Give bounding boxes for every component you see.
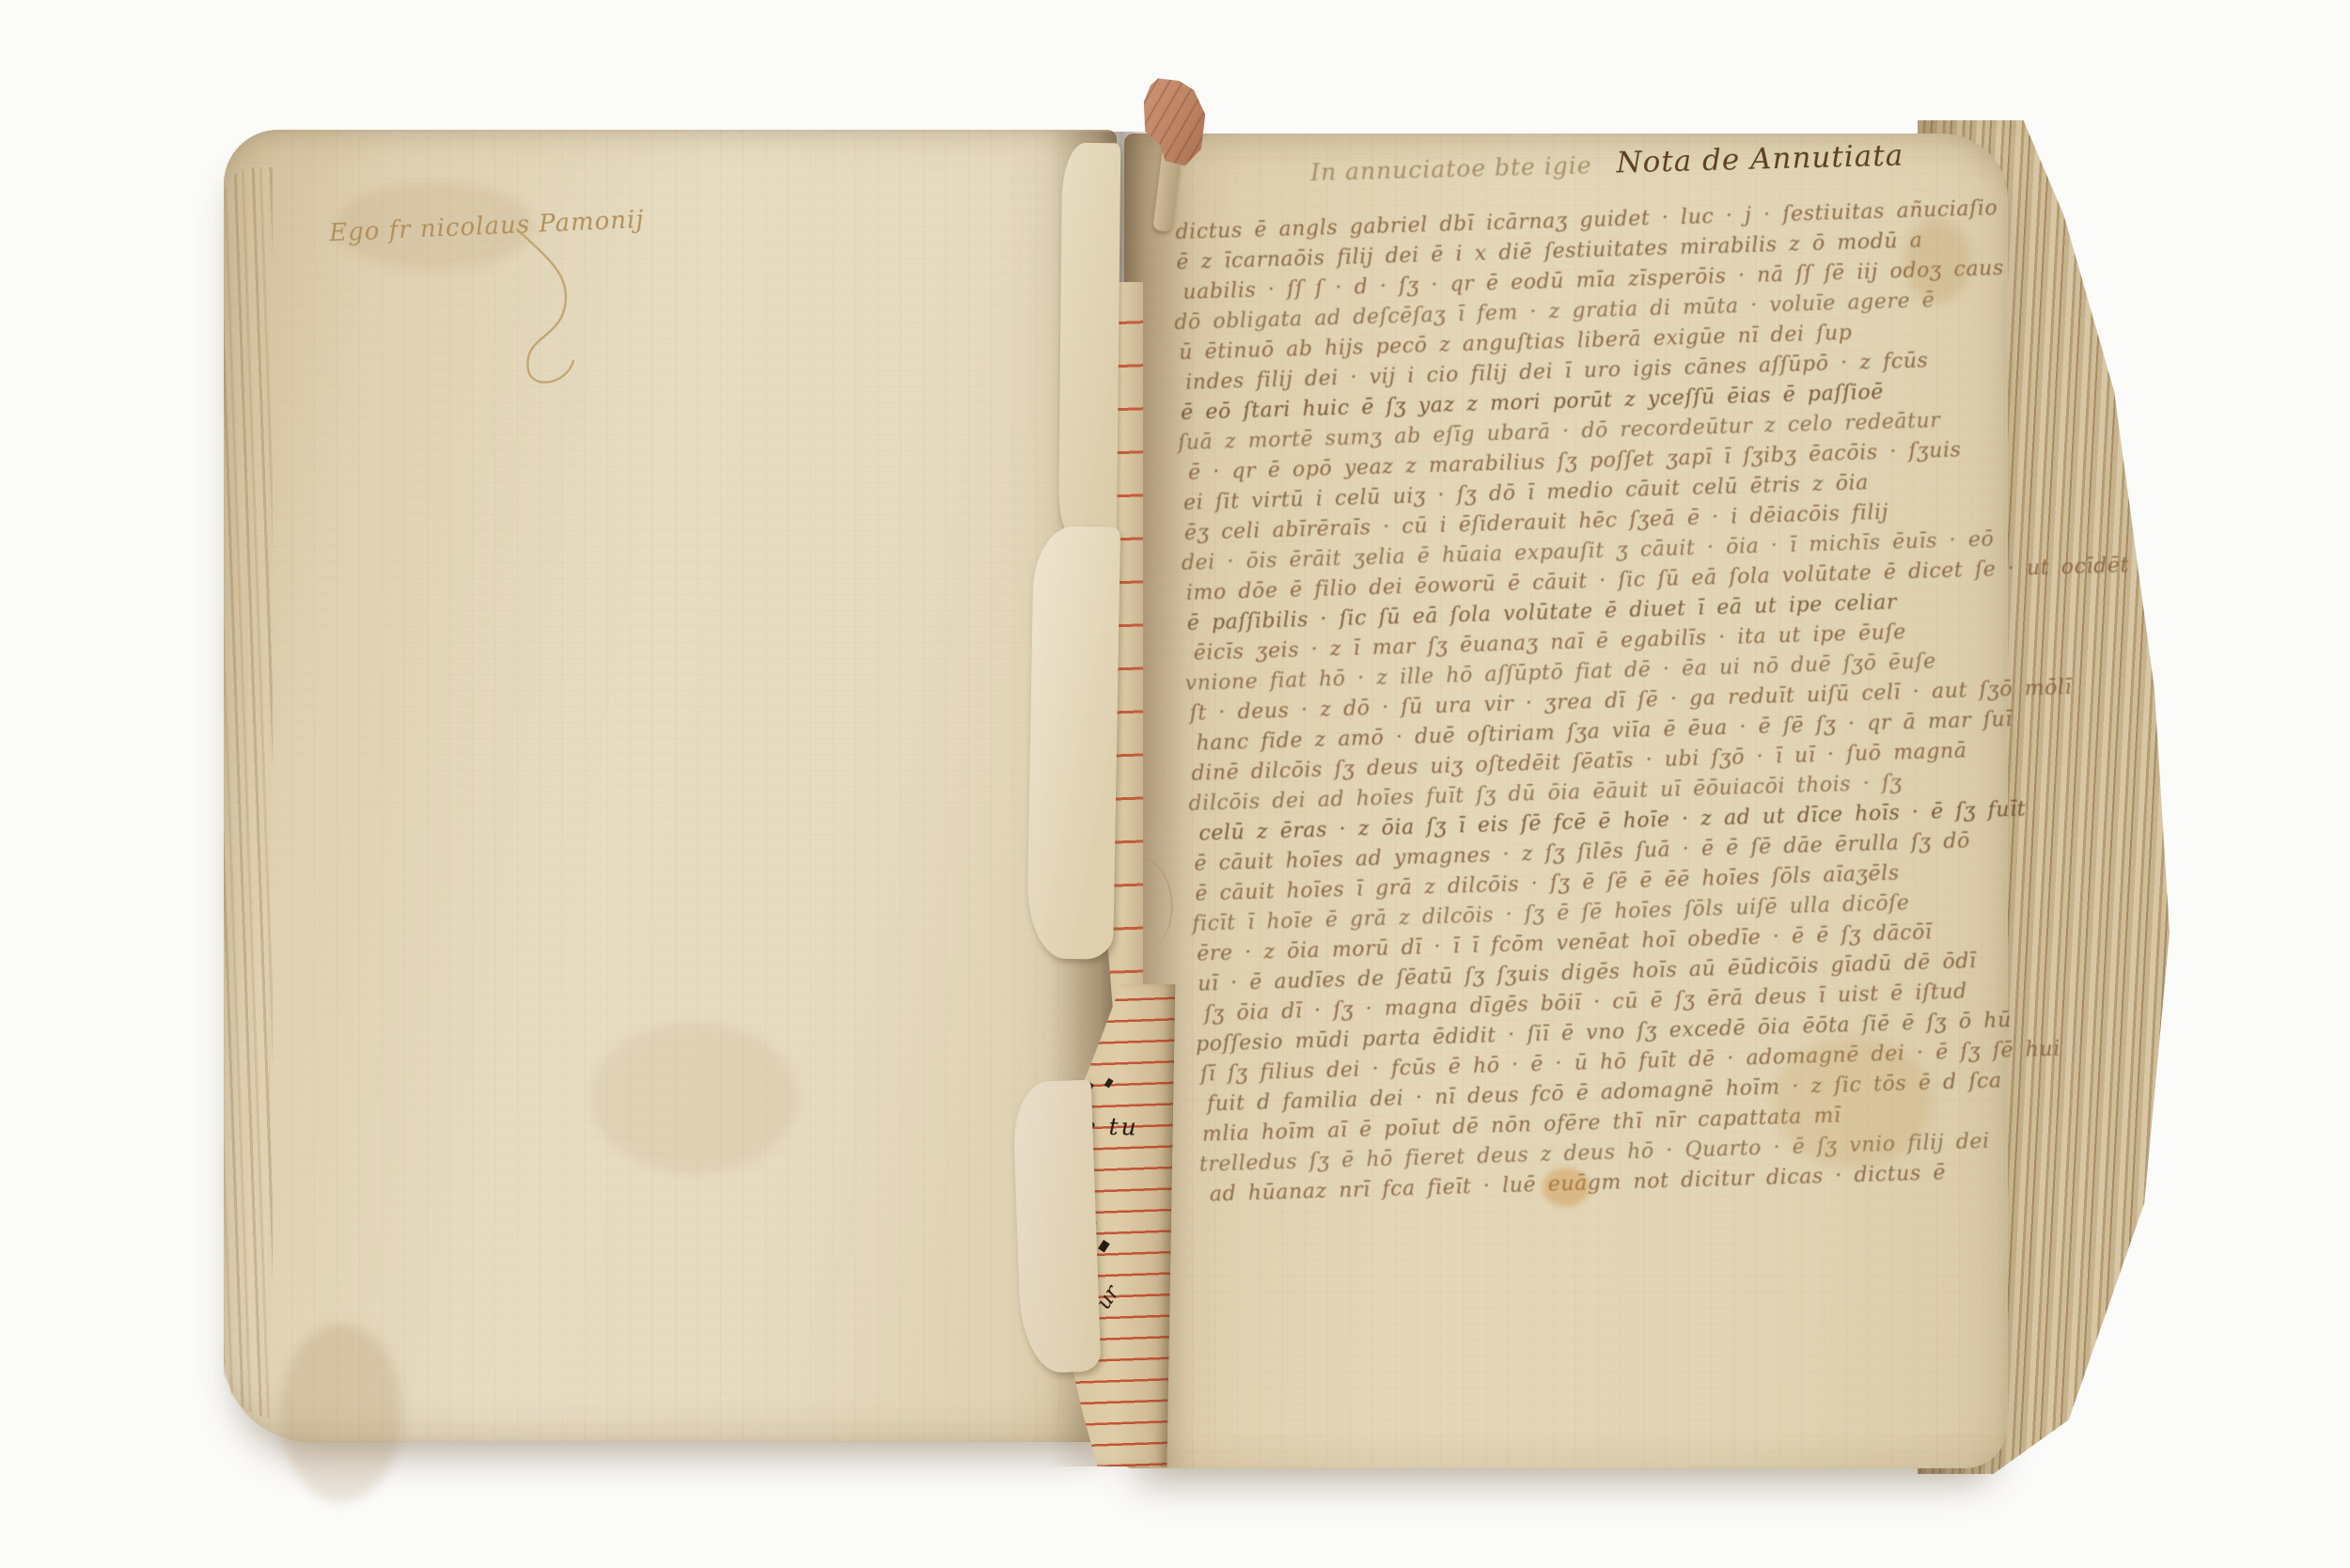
torn-paper-flap (1058, 143, 1120, 548)
body-text: dictus ē angls gabriel dbī icārnaʒ guide… (1175, 196, 1971, 1211)
left-page: Ego fr nicolaus Pamonij (224, 130, 1117, 1442)
header-faint-text: In annuciatoe bte igie (1310, 151, 1592, 186)
left-page-edge-stack (224, 167, 273, 1418)
pen-flourish-icon (506, 222, 590, 391)
right-page: In annuciatoe bte igieNota de Annutiata … (1124, 133, 2008, 1468)
inscription-text: Ego fr nicolaus Pamonij (329, 206, 646, 248)
photo-stage: Ego fr nicolaus Pamonij In annuciatoe bt… (0, 0, 2350, 1568)
stain (590, 1023, 797, 1173)
torn-paper-flap (1012, 1080, 1102, 1374)
stain (280, 1324, 402, 1502)
torn-paper-flap (1026, 525, 1120, 960)
manuscript-book: Ego fr nicolaus Pamonij In annuciatoe bt… (0, 0, 2350, 1568)
header-title: Nota de Annutiata (1616, 138, 1904, 180)
ownership-inscription: Ego fr nicolaus Pamonij (329, 206, 646, 248)
page-header: In annuciatoe bte igieNota de Annutiata (1310, 135, 2026, 188)
